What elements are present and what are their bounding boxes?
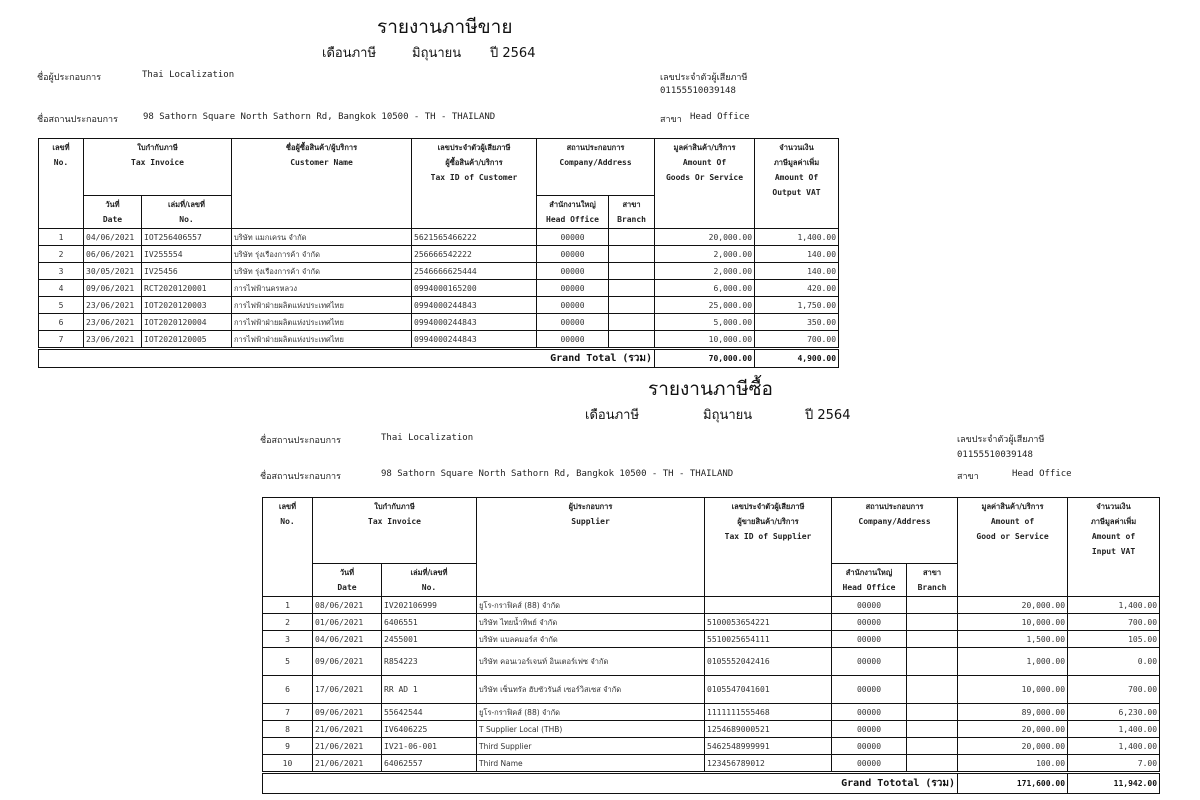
cell-tax-id [705,597,832,614]
cell-invoice-date: 23/06/2021 [84,331,142,348]
cell-vat-amount: 420.00 [755,280,839,297]
header-text: จำนวนเงิน [757,140,836,155]
cell-invoice-date: 08/06/2021 [313,597,382,614]
table-row: 523/06/2021IOT2020120003การไฟฟ้าฝ่ายผลิต… [39,297,839,314]
cell-invoice-number: IOT256406557 [142,229,232,246]
cell-amount: 10,000.00 [958,676,1068,704]
cell-invoice-date: 23/06/2021 [84,297,142,314]
cell-party-name: บริษัท แบลคมอร์ส จำกัด [477,631,705,648]
cell-invoice-number: RCT2020120001 [142,280,232,297]
cell-party-name: การไฟฟ้าฝ่ายผลิตแห่งประเทศไทย [232,314,412,331]
cell-invoice-date: 30/05/2021 [84,263,142,280]
table-row: 104/06/2021IOT256406557บริษัท แมกเครน จำ… [39,229,839,246]
sales-operator-value: Thai Localization [142,70,234,80]
cell-tax-id: 123456789012 [705,755,832,772]
cell-head-office: 00000 [832,597,907,614]
cell-party-name: บริษัท เซ็นทรัล ฮับซัวรันส์ เซอร์วิสเซส … [477,676,705,704]
header-text: สาขา [611,197,652,212]
table-row: 709/06/202155642544ยูโร-กราฟิคส์ (88) จำ… [263,704,1160,721]
cell-party-name: การไฟฟ้าฝ่ายผลิตแห่งประเทศไทย [232,331,412,348]
purchase-report-title: รายงานภาษีซื้อ [648,374,773,404]
header-text: เล่มที่/เลขที่ [144,197,229,212]
cell-party-name: บริษัท ไทยน้ำทิพย์ จำกัด [477,614,705,631]
table-row: 617/06/2021RR AD 1บริษัท เซ็นทรัล ฮับซัว… [263,676,1160,704]
header-text: มูลค่าสินค้า/บริการ [657,140,752,155]
col-party: ชื่อผู้ซื้อสินค้า/ผู้บริการCustomer Name [232,139,412,229]
cell-vat-amount: 700.00 [755,331,839,348]
cell-tax-id: 5510025654111 [705,631,832,648]
header-text: มูลค่าสินค้า/บริการ [960,499,1065,514]
cell-tax-id: 256666542222 [412,246,537,263]
cell-vat-amount: 7.00 [1068,755,1160,772]
cell-tax-id: 1254689000521 [705,721,832,738]
table-row: 201/06/20216406551บริษัท ไทยน้ำทิพย์ จำก… [263,614,1160,631]
header-text: ใบกำกับภาษี [86,140,229,155]
cell-vat-amount: 140.00 [755,246,839,263]
cell-invoice-number: IV21-06-001 [382,738,477,755]
cell-branch [609,246,655,263]
cell-vat-amount: 6,230.00 [1068,704,1160,721]
header-text: Company/Address [559,158,631,167]
cell-branch [609,297,655,314]
sales-tax-table: เลขที่No. ใบกำกับภาษีTax Invoice ชื่อผู้… [38,138,839,368]
header-text: Tax Invoice [368,517,421,526]
header-text: Date [103,215,122,224]
cell-invoice-date: 04/06/2021 [84,229,142,246]
sales-place-value: 98 Sathorn Square North Sathorn Rd, Bang… [143,112,495,122]
cell-row-number: 3 [39,263,84,280]
purchase-operator-label: ชื่อสถานประกอบการ [260,433,341,447]
cell-party-name: บริษัท รุ่งเรืองการค้า จำกัด [232,246,412,263]
col-taxid: เลขประจำตัวผู้เสียภาษีผู้ซื้อสินค้า/บริก… [412,139,537,229]
cell-amount: 20,000.00 [958,721,1068,738]
cell-branch [609,263,655,280]
header-text: No. [422,583,436,592]
cell-branch [907,721,958,738]
cell-amount: 20,000.00 [655,229,755,246]
cell-invoice-number: IV255554 [142,246,232,263]
cell-amount: 20,000.00 [958,597,1068,614]
cell-invoice-number: IOT2020120005 [142,331,232,348]
cell-invoice-number: R854223 [382,648,477,676]
sales-report-title: รายงานภาษีขาย [377,12,512,42]
col-number: เล่มที่/เลขที่No. [142,196,232,229]
cell-vat-amount: 1,400.00 [755,229,839,246]
cell-tax-id: 1111111555468 [705,704,832,721]
cell-head-office: 00000 [832,738,907,755]
purchase-place-value: 98 Sathorn Square North Sathorn Rd, Bang… [381,469,733,479]
cell-invoice-date: 06/06/2021 [84,246,142,263]
cell-tax-id: 2546666625444 [412,263,537,280]
sales-grand-total-row: Grand Total (รวม) 70,000.00 4,900.00 [39,350,839,368]
header-text: ผู้ประกอบการ [479,499,702,514]
cell-row-number: 6 [263,676,313,704]
header-text: Branch [918,583,947,592]
header-text: สถานประกอบการ [539,140,652,155]
col-company: สถานประกอบการCompany/Address [537,139,655,196]
purchase-month-label: เดือนภาษี [585,404,639,425]
cell-party-name: บริษัท รุ่งเรืองการค้า จำกัด [232,263,412,280]
cell-tax-id: 5100053654221 [705,614,832,631]
table-row: 108/06/2021IV202106999ยูโร-กราฟิคส์ (88)… [263,597,1160,614]
cell-invoice-date: 09/06/2021 [313,648,382,676]
cell-amount: 100.00 [958,755,1068,772]
header-text: Tax ID of Supplier [725,532,812,541]
sales-branch-label: สาขา [660,112,682,126]
cell-party-name: บริษัท แมกเครน จำกัด [232,229,412,246]
cell-invoice-number: IV25456 [142,263,232,280]
sales-month: มิถุนายน [412,42,461,63]
col-amount: มูลค่าสินค้า/บริการAmount ofGood or Serv… [958,498,1068,597]
cell-head-office: 00000 [537,314,609,331]
grand-total-vat: 11,942.00 [1068,774,1160,794]
cell-head-office: 00000 [832,614,907,631]
header-text: Good or Service [976,532,1048,541]
sales-place-label: ชื่อสถานประกอบการ [37,112,118,126]
grand-total-vat: 4,900.00 [755,350,839,368]
cell-vat-amount: 1,400.00 [1068,597,1160,614]
cell-amount: 89,000.00 [958,704,1068,721]
cell-head-office: 00000 [832,631,907,648]
cell-head-office: 00000 [832,676,907,704]
purchase-taxid-label: เลขประจำตัวผู้เสียภาษี [957,432,1044,446]
cell-amount: 6,000.00 [655,280,755,297]
cell-row-number: 1 [263,597,313,614]
cell-invoice-number: IV202106999 [382,597,477,614]
cell-vat-amount: 700.00 [1068,676,1160,704]
cell-invoice-date: 04/06/2021 [313,631,382,648]
cell-amount: 2,000.00 [655,246,755,263]
cell-head-office: 00000 [832,755,907,772]
table-row: 921/06/2021IV21-06-001Third Supplier5462… [263,738,1160,755]
col-number: เล่มที่/เลขที่No. [382,564,477,597]
col-vat: จำนวนเงินภาษีมูลค่าเพิ่มAmount OfOutput … [755,139,839,229]
header-text: Amount of [1070,529,1157,544]
header-text: เลขประจำตัวผู้เสียภาษี [707,499,829,514]
cell-row-number: 5 [263,648,313,676]
header-text: วันที่ [86,197,139,212]
cell-invoice-date: 21/06/2021 [313,738,382,755]
cell-party-name: บริษัท คอนเวอร์เจนท์ อินเตอร์เฟซ จำกัด [477,648,705,676]
cell-row-number: 8 [263,721,313,738]
cell-tax-id: 0994000244843 [412,314,537,331]
header-text: Amount of [960,514,1065,529]
table-row: 509/06/2021R854223บริษัท คอนเวอร์เจนท์ อ… [263,648,1160,676]
header-text: สถานประกอบการ [834,499,955,514]
cell-invoice-number: 64062557 [382,755,477,772]
cell-head-office: 00000 [832,704,907,721]
cell-row-number: 2 [263,614,313,631]
table-row: 1021/06/202164062557Third Name1234567890… [263,755,1160,772]
cell-head-office: 00000 [537,246,609,263]
cell-party-name: Third Supplier [477,738,705,755]
col-taxid: เลขประจำตัวผู้เสียภาษีผู้ขายสินค้า/บริกา… [705,498,832,597]
grand-total-label: Grand Tototal (รวม) [263,774,958,794]
cell-row-number: 7 [263,704,313,721]
cell-amount: 5,000.00 [655,314,755,331]
sales-taxid-value: 01155510039148 [660,86,736,96]
cell-tax-id: 0105547041601 [705,676,832,704]
col-amount: มูลค่าสินค้า/บริการAmount OfGoods Or Ser… [655,139,755,229]
cell-invoice-number: 6406551 [382,614,477,631]
grand-total-amount: 171,600.00 [958,774,1068,794]
cell-invoice-number: RR AD 1 [382,676,477,704]
table-row: 723/06/2021IOT2020120005การไฟฟ้าฝ่ายผลิต… [39,331,839,348]
cell-row-number: 4 [39,280,84,297]
cell-tax-id: 0994000165200 [412,280,537,297]
cell-amount: 25,000.00 [655,297,755,314]
header-text: เลขที่ [41,140,81,155]
col-date: วันที่Date [84,196,142,229]
cell-row-number: 7 [39,331,84,348]
header-text: Customer Name [290,158,353,167]
grand-total-label: Grand Total (รวม) [39,350,655,368]
col-company: สถานประกอบการCompany/Address [832,498,958,564]
header-text: จำนวนเงิน [1070,499,1157,514]
table-row: 304/06/20212455001บริษัท แบลคมอร์ส จำกัด… [263,631,1160,648]
header-text: No. [280,517,294,526]
header-text: เล่มที่/เลขที่ [384,565,474,580]
cell-branch [907,738,958,755]
cell-head-office: 00000 [537,229,609,246]
header-text: สำนักงานใหญ่ [539,197,606,212]
cell-tax-id: 0994000244843 [412,331,537,348]
header-text: ภาษีมูลค่าเพิ่ม [1070,514,1157,529]
cell-branch [609,314,655,331]
cell-invoice-date: 17/06/2021 [313,676,382,704]
header-text: Tax Invoice [131,158,184,167]
cell-party-name: การไฟฟ้าฝ่ายผลิตแห่งประเทศไทย [232,297,412,314]
header-text: Tax ID of Customer [431,173,518,182]
cell-vat-amount: 1,400.00 [1068,721,1160,738]
cell-branch [609,280,655,297]
cell-tax-id: 0105552042416 [705,648,832,676]
cell-invoice-date: 23/06/2021 [84,314,142,331]
header-text: ผู้ซื้อสินค้า/บริการ [414,155,534,170]
sales-operator-label: ชื่อผู้ประกอบการ [37,70,101,84]
sales-taxid-label: เลขประจำตัวผู้เสียภาษี [660,70,747,84]
col-tax-invoice: ใบกำกับภาษีTax Invoice [313,498,477,564]
header-text: เลขประจำตัวผู้เสียภาษี [414,140,534,155]
table-row: 623/06/2021IOT2020120004การไฟฟ้าฝ่ายผลิต… [39,314,839,331]
purchase-grand-total-row: Grand Tototal (รวม) 171,600.00 11,942.00 [263,774,1160,794]
cell-row-number: 2 [39,246,84,263]
cell-branch [609,229,655,246]
col-tax-invoice: ใบกำกับภาษีTax Invoice [84,139,232,196]
cell-invoice-number: IOT2020120004 [142,314,232,331]
cell-row-number: 1 [39,229,84,246]
cell-branch [609,331,655,348]
purchase-taxid-value: 01155510039148 [957,450,1033,460]
grand-total-amount: 70,000.00 [655,350,755,368]
cell-head-office: 00000 [537,263,609,280]
cell-row-number: 6 [39,314,84,331]
cell-branch [907,597,958,614]
cell-amount: 1,500.00 [958,631,1068,648]
cell-vat-amount: 700.00 [1068,614,1160,631]
cell-amount: 1,000.00 [958,648,1068,676]
purchase-place-label: ชื่อสถานประกอบการ [260,469,341,483]
cell-vat-amount: 1,750.00 [755,297,839,314]
cell-party-name: ยูโร-กราฟิคส์ (88) จำกัด [477,597,705,614]
purchase-operator-value: Thai Localization [381,433,473,443]
cell-branch [907,648,958,676]
cell-tax-id: 0994000244843 [412,297,537,314]
table-row: 821/06/2021IV6406225T Supplier Local (TH… [263,721,1160,738]
cell-invoice-number: 55642544 [382,704,477,721]
header-text: Branch [617,215,646,224]
cell-head-office: 00000 [537,297,609,314]
header-text: Head Office [843,583,896,592]
cell-vat-amount: 105.00 [1068,631,1160,648]
cell-head-office: 00000 [537,280,609,297]
cell-vat-amount: 350.00 [755,314,839,331]
cell-party-name: การไฟฟ้านครหลวง [232,280,412,297]
purchase-tax-table: เลขที่No. ใบกำกับภาษีTax Invoice ผู้ประก… [262,497,1160,794]
header-text: Supplier [571,517,610,526]
cell-branch [907,676,958,704]
cell-row-number: 5 [39,297,84,314]
header-text: สำนักงานใหญ่ [834,565,904,580]
cell-party-name: ยูโร-กราฟิคส์ (88) จำกัด [477,704,705,721]
purchase-branch-label: สาขา [957,469,979,483]
header-text: Amount Of [757,170,836,185]
header-text: Output VAT [772,188,820,197]
cell-head-office: 00000 [537,331,609,348]
header-text: Company/Address [858,517,930,526]
table-row: 409/06/2021RCT2020120001การไฟฟ้านครหลวง0… [39,280,839,297]
sales-month-label: เดือนภาษี [322,42,376,63]
header-text: No. [179,215,193,224]
cell-head-office: 00000 [832,648,907,676]
sales-branch-value: Head Office [690,112,750,122]
header-text: เลขที่ [265,499,310,514]
cell-branch [907,755,958,772]
cell-amount: 10,000.00 [655,331,755,348]
cell-invoice-number: IV6406225 [382,721,477,738]
cell-invoice-date: 09/06/2021 [313,704,382,721]
cell-row-number: 9 [263,738,313,755]
purchase-branch-value: Head Office [1012,469,1072,479]
header-text: ใบกำกับภาษี [315,499,474,514]
cell-row-number: 3 [263,631,313,648]
table-row: 206/06/2021IV255554บริษัท รุ่งเรืองการค้… [39,246,839,263]
cell-vat-amount: 0.00 [1068,648,1160,676]
col-date: วันที่Date [313,564,382,597]
header-text: Goods Or Service [666,173,743,182]
sales-year: ปี 2564 [490,42,535,63]
cell-tax-id: 5621565466222 [412,229,537,246]
cell-branch [907,704,958,721]
cell-head-office: 00000 [832,721,907,738]
col-vat: จำนวนเงินภาษีมูลค่าเพิ่มAmount ofInput V… [1068,498,1160,597]
col-head-office: สำนักงานใหญ่Head Office [832,564,907,597]
col-party: ผู้ประกอบการSupplier [477,498,705,597]
purchase-year: ปี 2564 [805,404,850,425]
cell-amount: 2,000.00 [655,263,755,280]
col-no: เลขที่No. [263,498,313,597]
header-text: ชื่อผู้ซื้อสินค้า/ผู้บริการ [234,140,409,155]
header-text: Input VAT [1092,547,1135,556]
table-row: 330/05/2021IV25456บริษัท รุ่งเรืองการค้า… [39,263,839,280]
cell-invoice-date: 01/06/2021 [313,614,382,631]
cell-amount: 10,000.00 [958,614,1068,631]
col-no: เลขที่No. [39,139,84,229]
cell-party-name: T Supplier Local (THB) [477,721,705,738]
header-text: No. [54,158,68,167]
header-text: Amount Of [657,155,752,170]
cell-invoice-number: IOT2020120003 [142,297,232,314]
cell-row-number: 10 [263,755,313,772]
col-branch: สาขาBranch [907,564,958,597]
cell-branch [907,631,958,648]
cell-vat-amount: 140.00 [755,263,839,280]
col-head-office: สำนักงานใหญ่Head Office [537,196,609,229]
header-text: ภาษีมูลค่าเพิ่ม [757,155,836,170]
cell-invoice-date: 21/06/2021 [313,755,382,772]
header-text: Head Office [546,215,599,224]
header-text: ผู้ขายสินค้า/บริการ [707,514,829,529]
cell-invoice-number: 2455001 [382,631,477,648]
cell-invoice-date: 21/06/2021 [313,721,382,738]
cell-invoice-date: 09/06/2021 [84,280,142,297]
col-branch: สาขาBranch [609,196,655,229]
cell-vat-amount: 1,400.00 [1068,738,1160,755]
header-text: วันที่ [315,565,379,580]
header-text: Date [337,583,356,592]
cell-tax-id: 5462548999991 [705,738,832,755]
purchase-month: มิถุนายน [703,404,752,425]
cell-party-name: Third Name [477,755,705,772]
cell-branch [907,614,958,631]
cell-amount: 20,000.00 [958,738,1068,755]
header-text: สาขา [909,565,955,580]
